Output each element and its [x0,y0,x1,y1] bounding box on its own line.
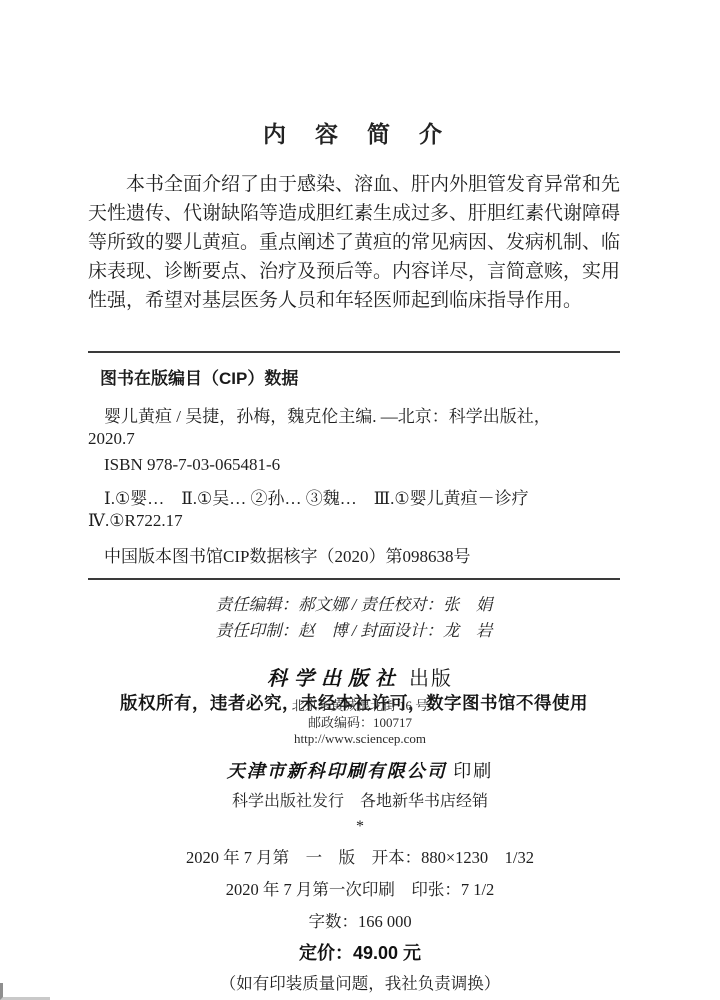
publisher-address-block: 北京东黄城根北街 16 号 邮政编码：100717 http://www.sci… [0,698,720,748]
cip-book-line: 婴儿黄疸 / 吴捷，孙梅，魏克伦主编. —北京：科学出版社， [88,406,620,428]
intro-paragraph: 本书全面介绍了由于感染、溶血、肝内外胆管发育异常和先天性遗传、代谢缺陷等造成胆红… [88,170,620,315]
edition-line2: 2020 年 7 月第一次印刷 印张：7 1/2 [0,876,720,900]
publisher-suffix: 出版 [402,668,453,690]
page-content: 内 容 简 介 本书全面介绍了由于感染、溶血、肝内外胆管发育异常和先天性遗传、代… [88,0,620,715]
publisher-postcode: 邮政编码：100717 [0,715,720,732]
cip-number: 中国版本图书馆CIP数据核字（2020）第098638号 [88,546,620,568]
distribution-line: 科学出版社发行 各地新华书店经销 [0,788,720,811]
cip-class-line2: Ⅳ.①R722.17 [88,510,620,532]
cip-bottom-rule [88,578,620,580]
word-count-line: 字数：166 000 [0,908,720,932]
price-line: 定价：49.00 元 [0,939,720,965]
credit-editor-line: 责任编辑：郝文娜 / 责任校对：张 娟 [88,592,620,618]
printer-suffix: 印刷 [447,761,494,781]
colophon: 科学出版社 出版 北京东黄城根北街 16 号 邮政编码：100717 http:… [0,662,720,994]
divider-asterisk: * [0,818,720,836]
publisher-website: http://www.sciencep.com [0,731,720,748]
cip-top-rule [88,351,620,353]
copyright-page: 内 容 简 介 本书全面介绍了由于感染、溶血、肝内外胆管发育异常和先天性遗传、代… [0,0,720,1000]
exchange-note: （如有印装质量问题，我社负责调换） [0,970,720,994]
publisher-address: 北京东黄城根北街 16 号 [0,698,720,715]
cip-heading: 图书在版编目（CIP）数据 [88,364,620,389]
cip-year: 2020.7 [88,428,620,450]
edition-line1: 2020 年 7 月第 一 版 开本：880×1230 1/32 [0,844,720,868]
printer-name: 天津市新科印刷有限公司 [227,761,447,781]
cip-isbn: ISBN 978-7-03-065481-6 [88,454,620,476]
publisher-line: 科学出版社 出版 [0,662,720,691]
scan-corner-artifact [0,983,50,1000]
staff-credits: 责任编辑：郝文娜 / 责任校对：张 娟 责任印制：赵 博 / 封面设计：龙 岩 [88,592,620,644]
intro-title: 内 容 简 介 [88,0,620,149]
cip-class-line1: Ⅰ.①婴… Ⅱ.①吴… ②孙… ③魏… Ⅲ.①婴儿黄疸－诊疗 [88,488,620,510]
publisher-name: 科学出版社 [267,668,402,690]
credit-printing-line: 责任印制：赵 博 / 封面设计：龙 岩 [88,618,620,644]
printer-line: 天津市新科印刷有限公司 印刷 [0,757,720,783]
